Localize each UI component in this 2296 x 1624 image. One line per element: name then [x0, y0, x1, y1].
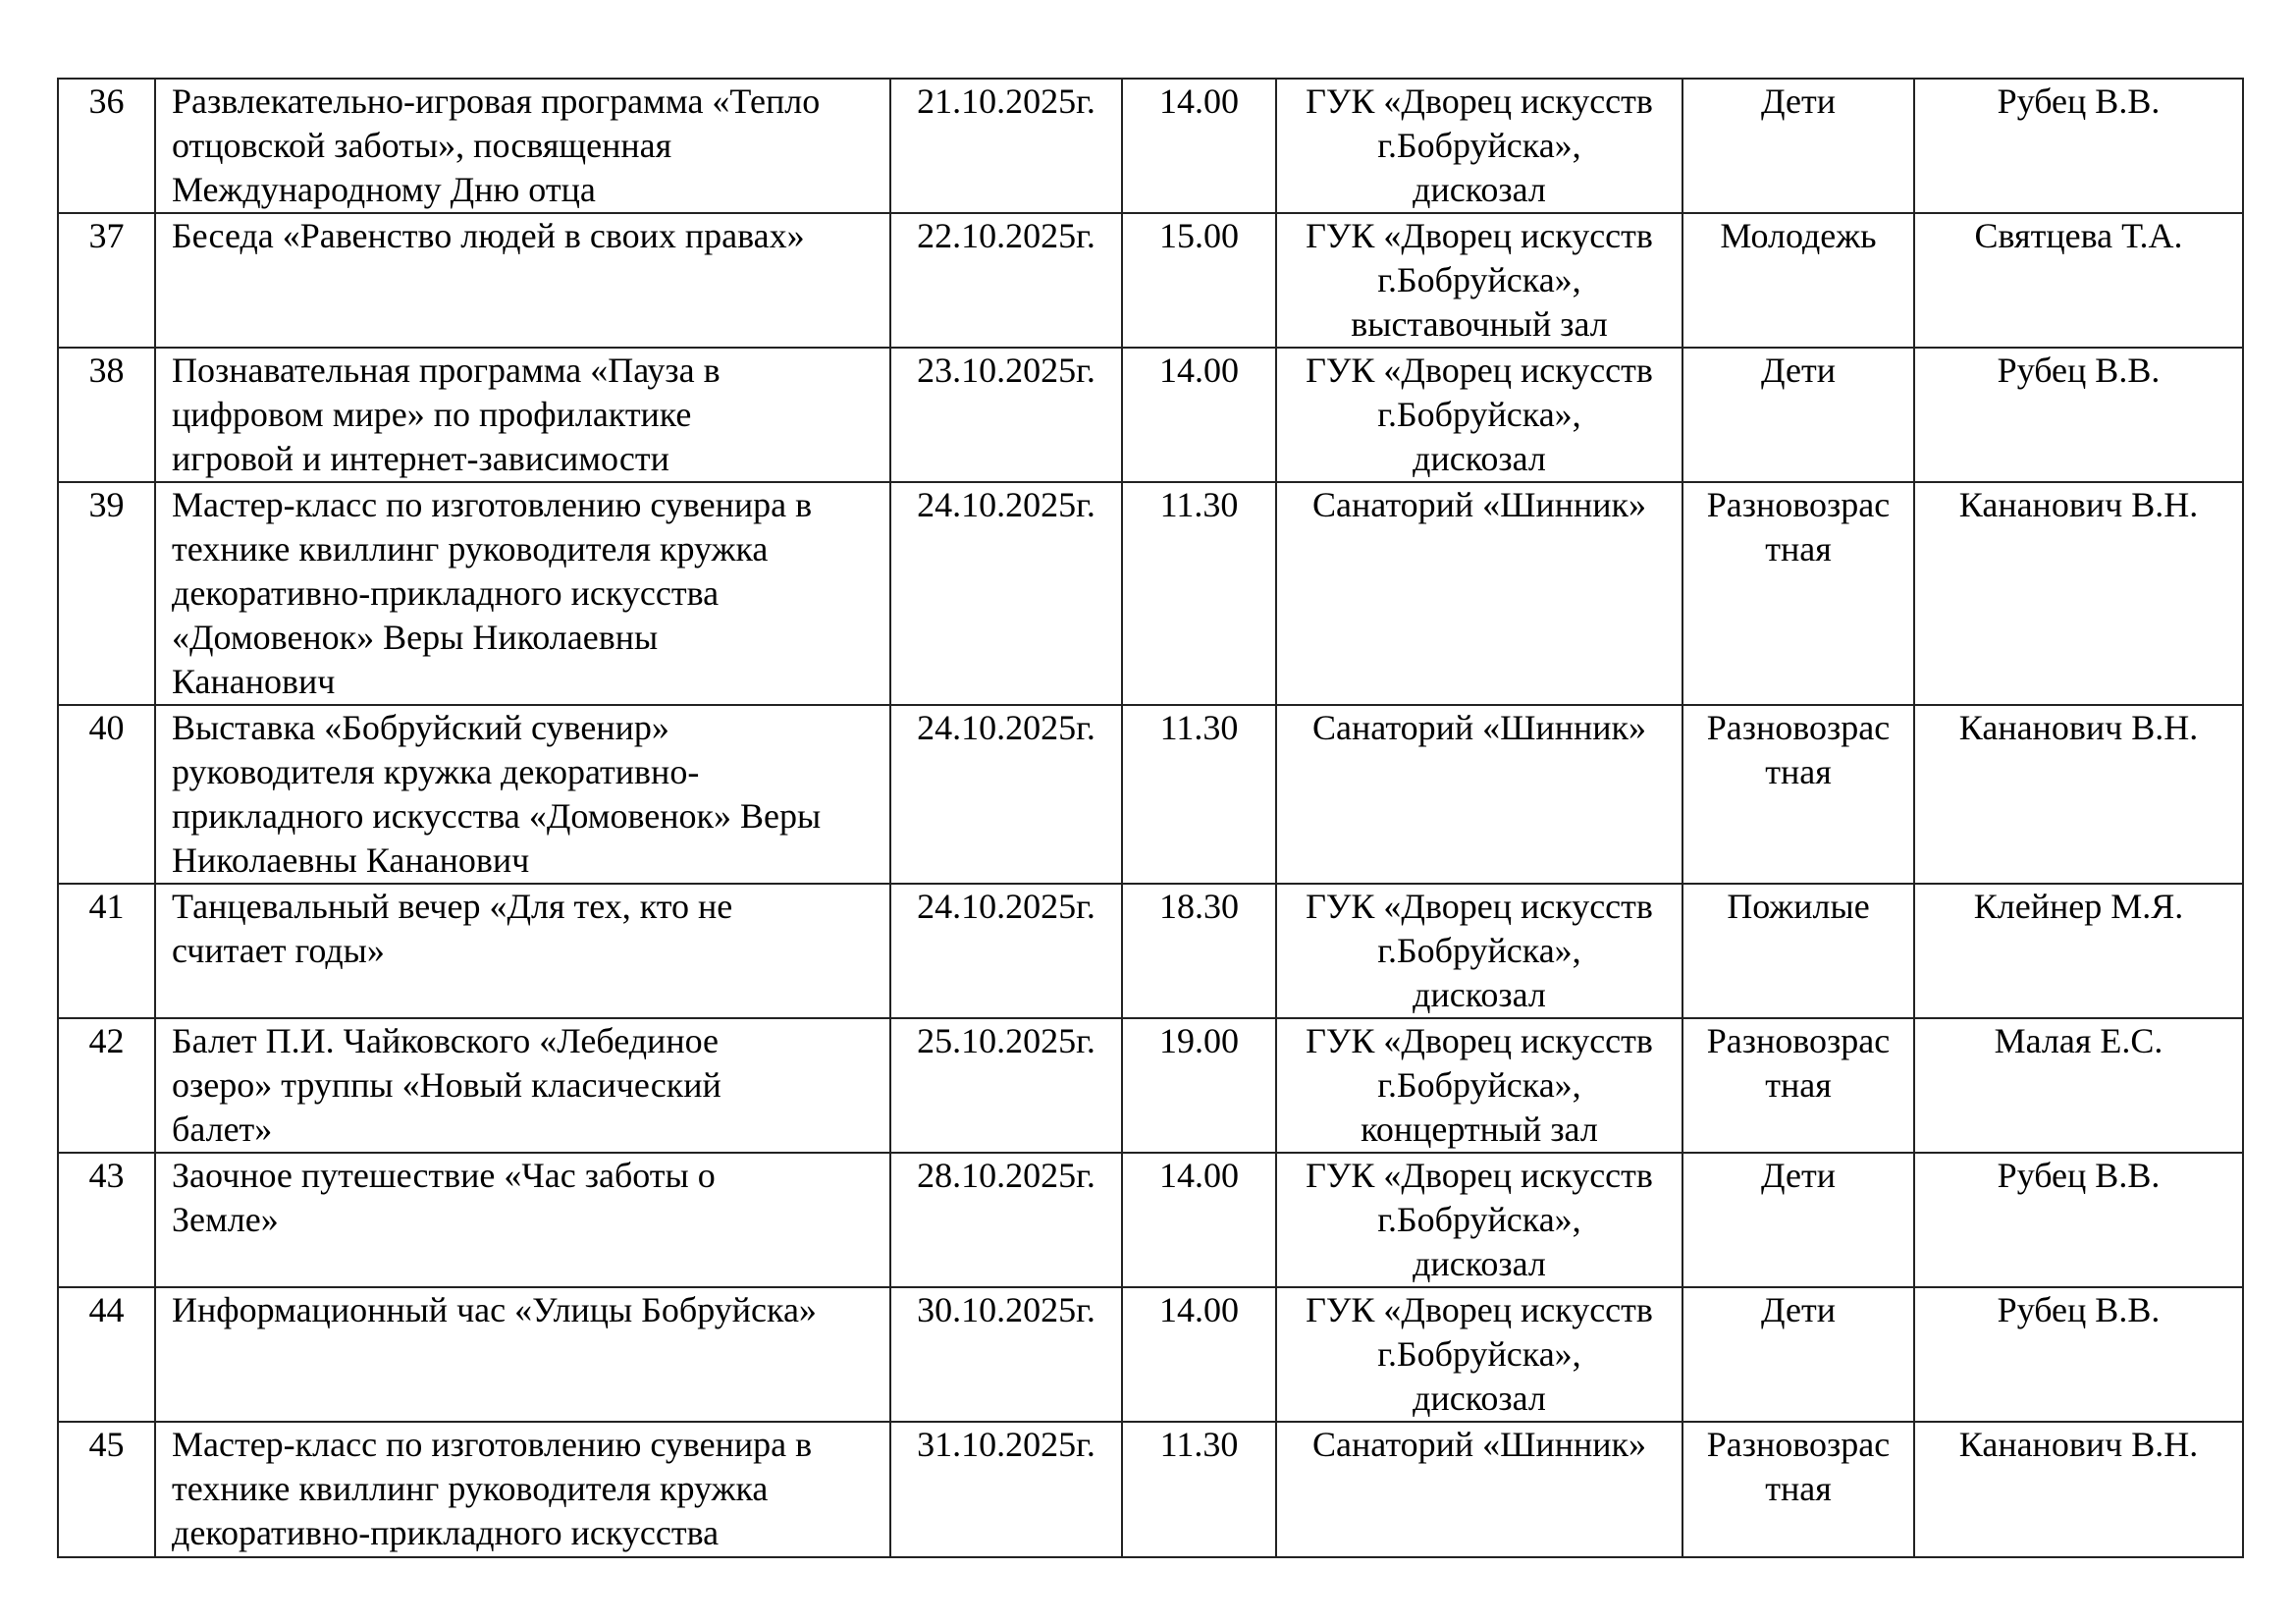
cell-responsible: Малая Е.С. [1914, 1018, 2243, 1153]
row-number: 36 [59, 80, 154, 124]
cell-number: 41 [58, 884, 155, 1018]
table-body: 36Развлекательно-игровая программа «Тепл… [58, 79, 2243, 1557]
cell-event-title: Мастер-класс по изготовлению сувенира вт… [155, 482, 890, 705]
cell-time: 18.30 [1122, 884, 1276, 1018]
cell-date: 24.10.2025г. [890, 482, 1122, 705]
venue-line: г.Бобруйска», [1281, 124, 1678, 168]
event-date: 24.10.2025г. [891, 483, 1121, 527]
cell-number: 38 [58, 348, 155, 482]
event-title-line: декоративно-прикладного искусства [172, 1511, 883, 1555]
event-time: 14.00 [1123, 349, 1275, 393]
event-time: 18.30 [1123, 885, 1275, 929]
table-row: 39Мастер-класс по изготовлению сувенира … [58, 482, 2243, 705]
venue-line: дискозал [1281, 437, 1678, 481]
row-number: 45 [59, 1423, 154, 1467]
audience-line: Дети [1687, 80, 1909, 124]
audience-line: Разновозрас [1687, 1423, 1909, 1467]
cell-number: 36 [58, 79, 155, 213]
event-title-line: «Домовенок» Веры Николаевны [172, 616, 883, 660]
event-date: 31.10.2025г. [891, 1423, 1121, 1467]
cell-event-title: Выставка «Бобруйский сувенир»руководител… [155, 705, 890, 884]
cell-event-title: Развлекательно-игровая программа «Теплоо… [155, 79, 890, 213]
responsible-person: Кананович В.Н. [1915, 483, 2242, 527]
event-date: 23.10.2025г. [891, 349, 1121, 393]
table-row: 43Заочное путешествие «Час заботы оЗемле… [58, 1153, 2243, 1287]
venue-line: ГУК «Дворец искусств [1281, 80, 1678, 124]
event-title-line: Международному Дню отца [172, 168, 883, 212]
cell-number: 44 [58, 1287, 155, 1422]
audience-line: тная [1687, 527, 1909, 571]
event-time: 15.00 [1123, 214, 1275, 258]
cell-event-title: Познавательная программа «Пауза вцифрово… [155, 348, 890, 482]
cell-responsible: Кананович В.Н. [1914, 1422, 2243, 1557]
cell-responsible: Кананович В.Н. [1914, 482, 2243, 705]
event-title-line: Развлекательно-игровая программа «Тепло [172, 80, 883, 124]
row-number: 41 [59, 885, 154, 929]
cell-event-title: Заочное путешествие «Час заботы оЗемле» [155, 1153, 890, 1287]
table-row: 38Познавательная программа «Пауза вцифро… [58, 348, 2243, 482]
table-row: 36Развлекательно-игровая программа «Тепл… [58, 79, 2243, 213]
audience-line: Дети [1687, 1154, 1909, 1198]
responsible-person: Малая Е.С. [1915, 1019, 2242, 1063]
event-time: 14.00 [1123, 80, 1275, 124]
venue-line: г.Бобруйска», [1281, 1332, 1678, 1377]
event-time: 11.30 [1123, 483, 1275, 527]
event-date: 24.10.2025г. [891, 885, 1121, 929]
venue-line: выставочный зал [1281, 302, 1678, 347]
cell-venue: ГУК «Дворец искусствг.Бобруйска»,дискоза… [1276, 884, 1682, 1018]
cell-date: 22.10.2025г. [890, 213, 1122, 348]
venue-line: ГУК «Дворец искусств [1281, 214, 1678, 258]
cell-event-title: Беседа «Равенство людей в своих правах» [155, 213, 890, 348]
audience-line: Молодежь [1687, 214, 1909, 258]
cell-venue: ГУК «Дворец искусствг.Бобруйска»,дискоза… [1276, 79, 1682, 213]
row-number: 40 [59, 706, 154, 750]
cell-audience: Дети [1682, 1153, 1914, 1287]
event-date: 30.10.2025г. [891, 1288, 1121, 1332]
cell-audience: Разновозрастная [1682, 1422, 1914, 1557]
table-row: 37Беседа «Равенство людей в своих правах… [58, 213, 2243, 348]
table-row: 44Информационный час «Улицы Бобруйска»30… [58, 1287, 2243, 1422]
venue-line: концертный зал [1281, 1108, 1678, 1152]
cell-date: 23.10.2025г. [890, 348, 1122, 482]
event-title-line: Мастер-класс по изготовлению сувенира в [172, 1423, 883, 1467]
cell-venue: ГУК «Дворец искусствг.Бобруйска»,дискоза… [1276, 348, 1682, 482]
cell-audience: Молодежь [1682, 213, 1914, 348]
cell-date: 21.10.2025г. [890, 79, 1122, 213]
cell-number: 37 [58, 213, 155, 348]
table-row: 45Мастер-класс по изготовлению сувенира … [58, 1422, 2243, 1557]
cell-time: 14.00 [1122, 1287, 1276, 1422]
audience-line: Разновозрас [1687, 1019, 1909, 1063]
cell-responsible: Рубец В.В. [1914, 1287, 2243, 1422]
event-title-line: цифровом мире» по профилактике [172, 393, 883, 437]
audience-line: Разновозрас [1687, 706, 1909, 750]
cell-venue: Санаторий «Шинник» [1276, 1422, 1682, 1557]
cell-responsible: Рубец В.В. [1914, 348, 2243, 482]
cell-venue: Санаторий «Шинник» [1276, 705, 1682, 884]
responsible-person: Рубец В.В. [1915, 349, 2242, 393]
event-date: 21.10.2025г. [891, 80, 1121, 124]
cell-time: 14.00 [1122, 348, 1276, 482]
venue-line: ГУК «Дворец искусств [1281, 885, 1678, 929]
cell-event-title: Мастер-класс по изготовлению сувенира вт… [155, 1422, 890, 1557]
event-title-line: технике квиллинг руководителя кружка [172, 527, 883, 571]
event-title-line: считает годы» [172, 929, 883, 973]
event-title-line: Беседа «Равенство людей в своих правах» [172, 214, 883, 258]
cell-audience: Дети [1682, 79, 1914, 213]
venue-line: г.Бобруйска», [1281, 1198, 1678, 1242]
cell-time: 14.00 [1122, 1153, 1276, 1287]
cell-venue: ГУК «Дворец искусствг.Бобруйска»,выставо… [1276, 213, 1682, 348]
responsible-person: Кананович В.Н. [1915, 706, 2242, 750]
event-title-line: Земле» [172, 1198, 883, 1242]
cell-audience: Дети [1682, 348, 1914, 482]
cell-audience: Разновозрастная [1682, 482, 1914, 705]
venue-line: дискозал [1281, 973, 1678, 1017]
cell-date: 31.10.2025г. [890, 1422, 1122, 1557]
event-title-line: Познавательная программа «Пауза в [172, 349, 883, 393]
cell-time: 14.00 [1122, 79, 1276, 213]
event-time: 11.30 [1123, 706, 1275, 750]
row-number: 38 [59, 349, 154, 393]
venue-line: г.Бобруйска», [1281, 393, 1678, 437]
event-title-line: балет» [172, 1108, 883, 1152]
event-date: 25.10.2025г. [891, 1019, 1121, 1063]
venue-line: ГУК «Дворец искусств [1281, 1288, 1678, 1332]
cell-audience: Дети [1682, 1287, 1914, 1422]
cell-responsible: Святцева Т.А. [1914, 213, 2243, 348]
cell-audience: Разновозрастная [1682, 705, 1914, 884]
cell-audience: Разновозрастная [1682, 1018, 1914, 1153]
cell-date: 30.10.2025г. [890, 1287, 1122, 1422]
venue-line: Санаторий «Шинник» [1281, 706, 1678, 750]
cell-responsible: Рубец В.В. [1914, 79, 2243, 213]
cell-number: 39 [58, 482, 155, 705]
event-title-line: Кананович [172, 660, 883, 704]
event-title-line: Балет П.И. Чайковского «Лебединое [172, 1019, 883, 1063]
cell-time: 11.30 [1122, 705, 1276, 884]
row-number: 39 [59, 483, 154, 527]
audience-line: Дети [1687, 1288, 1909, 1332]
cell-venue: Санаторий «Шинник» [1276, 482, 1682, 705]
event-title-line: Мастер-класс по изготовлению сувенира в [172, 483, 883, 527]
responsible-person: Кананович В.Н. [1915, 1423, 2242, 1467]
row-number: 37 [59, 214, 154, 258]
cell-audience: Пожилые [1682, 884, 1914, 1018]
table-row: 41Танцевальный вечер «Для тех, кто несчи… [58, 884, 2243, 1018]
row-number: 42 [59, 1019, 154, 1063]
event-time: 14.00 [1123, 1154, 1275, 1198]
cell-event-title: Информационный час «Улицы Бобруйска» [155, 1287, 890, 1422]
venue-line: Санаторий «Шинник» [1281, 1423, 1678, 1467]
venue-line: г.Бобруйска», [1281, 929, 1678, 973]
cell-responsible: Клейнер М.Я. [1914, 884, 2243, 1018]
cell-venue: ГУК «Дворец искусствг.Бобруйска»,дискоза… [1276, 1153, 1682, 1287]
venue-line: дискозал [1281, 1377, 1678, 1421]
event-title-line: Заочное путешествие «Час заботы о [172, 1154, 883, 1198]
event-title-line: Николаевны Кананович [172, 839, 883, 883]
cell-date: 24.10.2025г. [890, 705, 1122, 884]
event-date: 24.10.2025г. [891, 706, 1121, 750]
row-number: 44 [59, 1288, 154, 1332]
cell-time: 11.30 [1122, 1422, 1276, 1557]
event-title-line: озеро» труппы «Новый класический [172, 1063, 883, 1108]
responsible-person: Святцева Т.А. [1915, 214, 2242, 258]
audience-line: Разновозрас [1687, 483, 1909, 527]
venue-line: ГУК «Дворец искусств [1281, 349, 1678, 393]
venue-line: ГУК «Дворец искусств [1281, 1154, 1678, 1198]
cell-event-title: Балет П.И. Чайковского «Лебединоеозеро» … [155, 1018, 890, 1153]
event-title-line: руководителя кружка декоративно- [172, 750, 883, 794]
responsible-person: Рубец В.В. [1915, 80, 2242, 124]
event-title-line: Танцевальный вечер «Для тех, кто не [172, 885, 883, 929]
event-title-line: декоративно-прикладного искусства [172, 571, 883, 616]
cell-date: 24.10.2025г. [890, 884, 1122, 1018]
venue-line: дискозал [1281, 1242, 1678, 1286]
cell-venue: ГУК «Дворец искусствг.Бобруйска»,дискоза… [1276, 1287, 1682, 1422]
table-row: 42Балет П.И. Чайковского «Лебединоеозеро… [58, 1018, 2243, 1153]
responsible-person: Рубец В.В. [1915, 1154, 2242, 1198]
cell-number: 45 [58, 1422, 155, 1557]
event-time: 19.00 [1123, 1019, 1275, 1063]
audience-line: тная [1687, 750, 1909, 794]
event-date: 22.10.2025г. [891, 214, 1121, 258]
event-time: 14.00 [1123, 1288, 1275, 1332]
row-number: 43 [59, 1154, 154, 1198]
cell-responsible: Рубец В.В. [1914, 1153, 2243, 1287]
event-title-line: игровой и интернет-зависимости [172, 437, 883, 481]
venue-line: г.Бобруйска», [1281, 258, 1678, 302]
cell-responsible: Кананович В.Н. [1914, 705, 2243, 884]
cell-event-title: Танцевальный вечер «Для тех, кто несчита… [155, 884, 890, 1018]
audience-line: Пожилые [1687, 885, 1909, 929]
event-title-line: Информационный час «Улицы Бобруйска» [172, 1288, 883, 1332]
cell-venue: ГУК «Дворец искусствг.Бобруйска»,концерт… [1276, 1018, 1682, 1153]
cell-date: 25.10.2025г. [890, 1018, 1122, 1153]
event-time: 11.30 [1123, 1423, 1275, 1467]
responsible-person: Рубец В.В. [1915, 1288, 2242, 1332]
venue-line: дискозал [1281, 168, 1678, 212]
venue-line: ГУК «Дворец искусств [1281, 1019, 1678, 1063]
cell-date: 28.10.2025г. [890, 1153, 1122, 1287]
cell-number: 42 [58, 1018, 155, 1153]
venue-line: Санаторий «Шинник» [1281, 483, 1678, 527]
responsible-person: Клейнер М.Я. [1915, 885, 2242, 929]
audience-line: тная [1687, 1467, 1909, 1511]
cell-time: 19.00 [1122, 1018, 1276, 1153]
event-title-line: Выставка «Бобруйский сувенир» [172, 706, 883, 750]
events-schedule-table: 36Развлекательно-игровая программа «Тепл… [57, 78, 2244, 1558]
event-title-line: прикладного искусства «Домовенок» Веры [172, 794, 883, 839]
event-title-line: технике квиллинг руководителя кружка [172, 1467, 883, 1511]
cell-time: 11.30 [1122, 482, 1276, 705]
table-row: 40Выставка «Бобруйский сувенир»руководит… [58, 705, 2243, 884]
event-title-line: отцовской заботы», посвященная [172, 124, 883, 168]
cell-time: 15.00 [1122, 213, 1276, 348]
cell-number: 43 [58, 1153, 155, 1287]
audience-line: тная [1687, 1063, 1909, 1108]
venue-line: г.Бобруйска», [1281, 1063, 1678, 1108]
cell-number: 40 [58, 705, 155, 884]
audience-line: Дети [1687, 349, 1909, 393]
event-date: 28.10.2025г. [891, 1154, 1121, 1198]
